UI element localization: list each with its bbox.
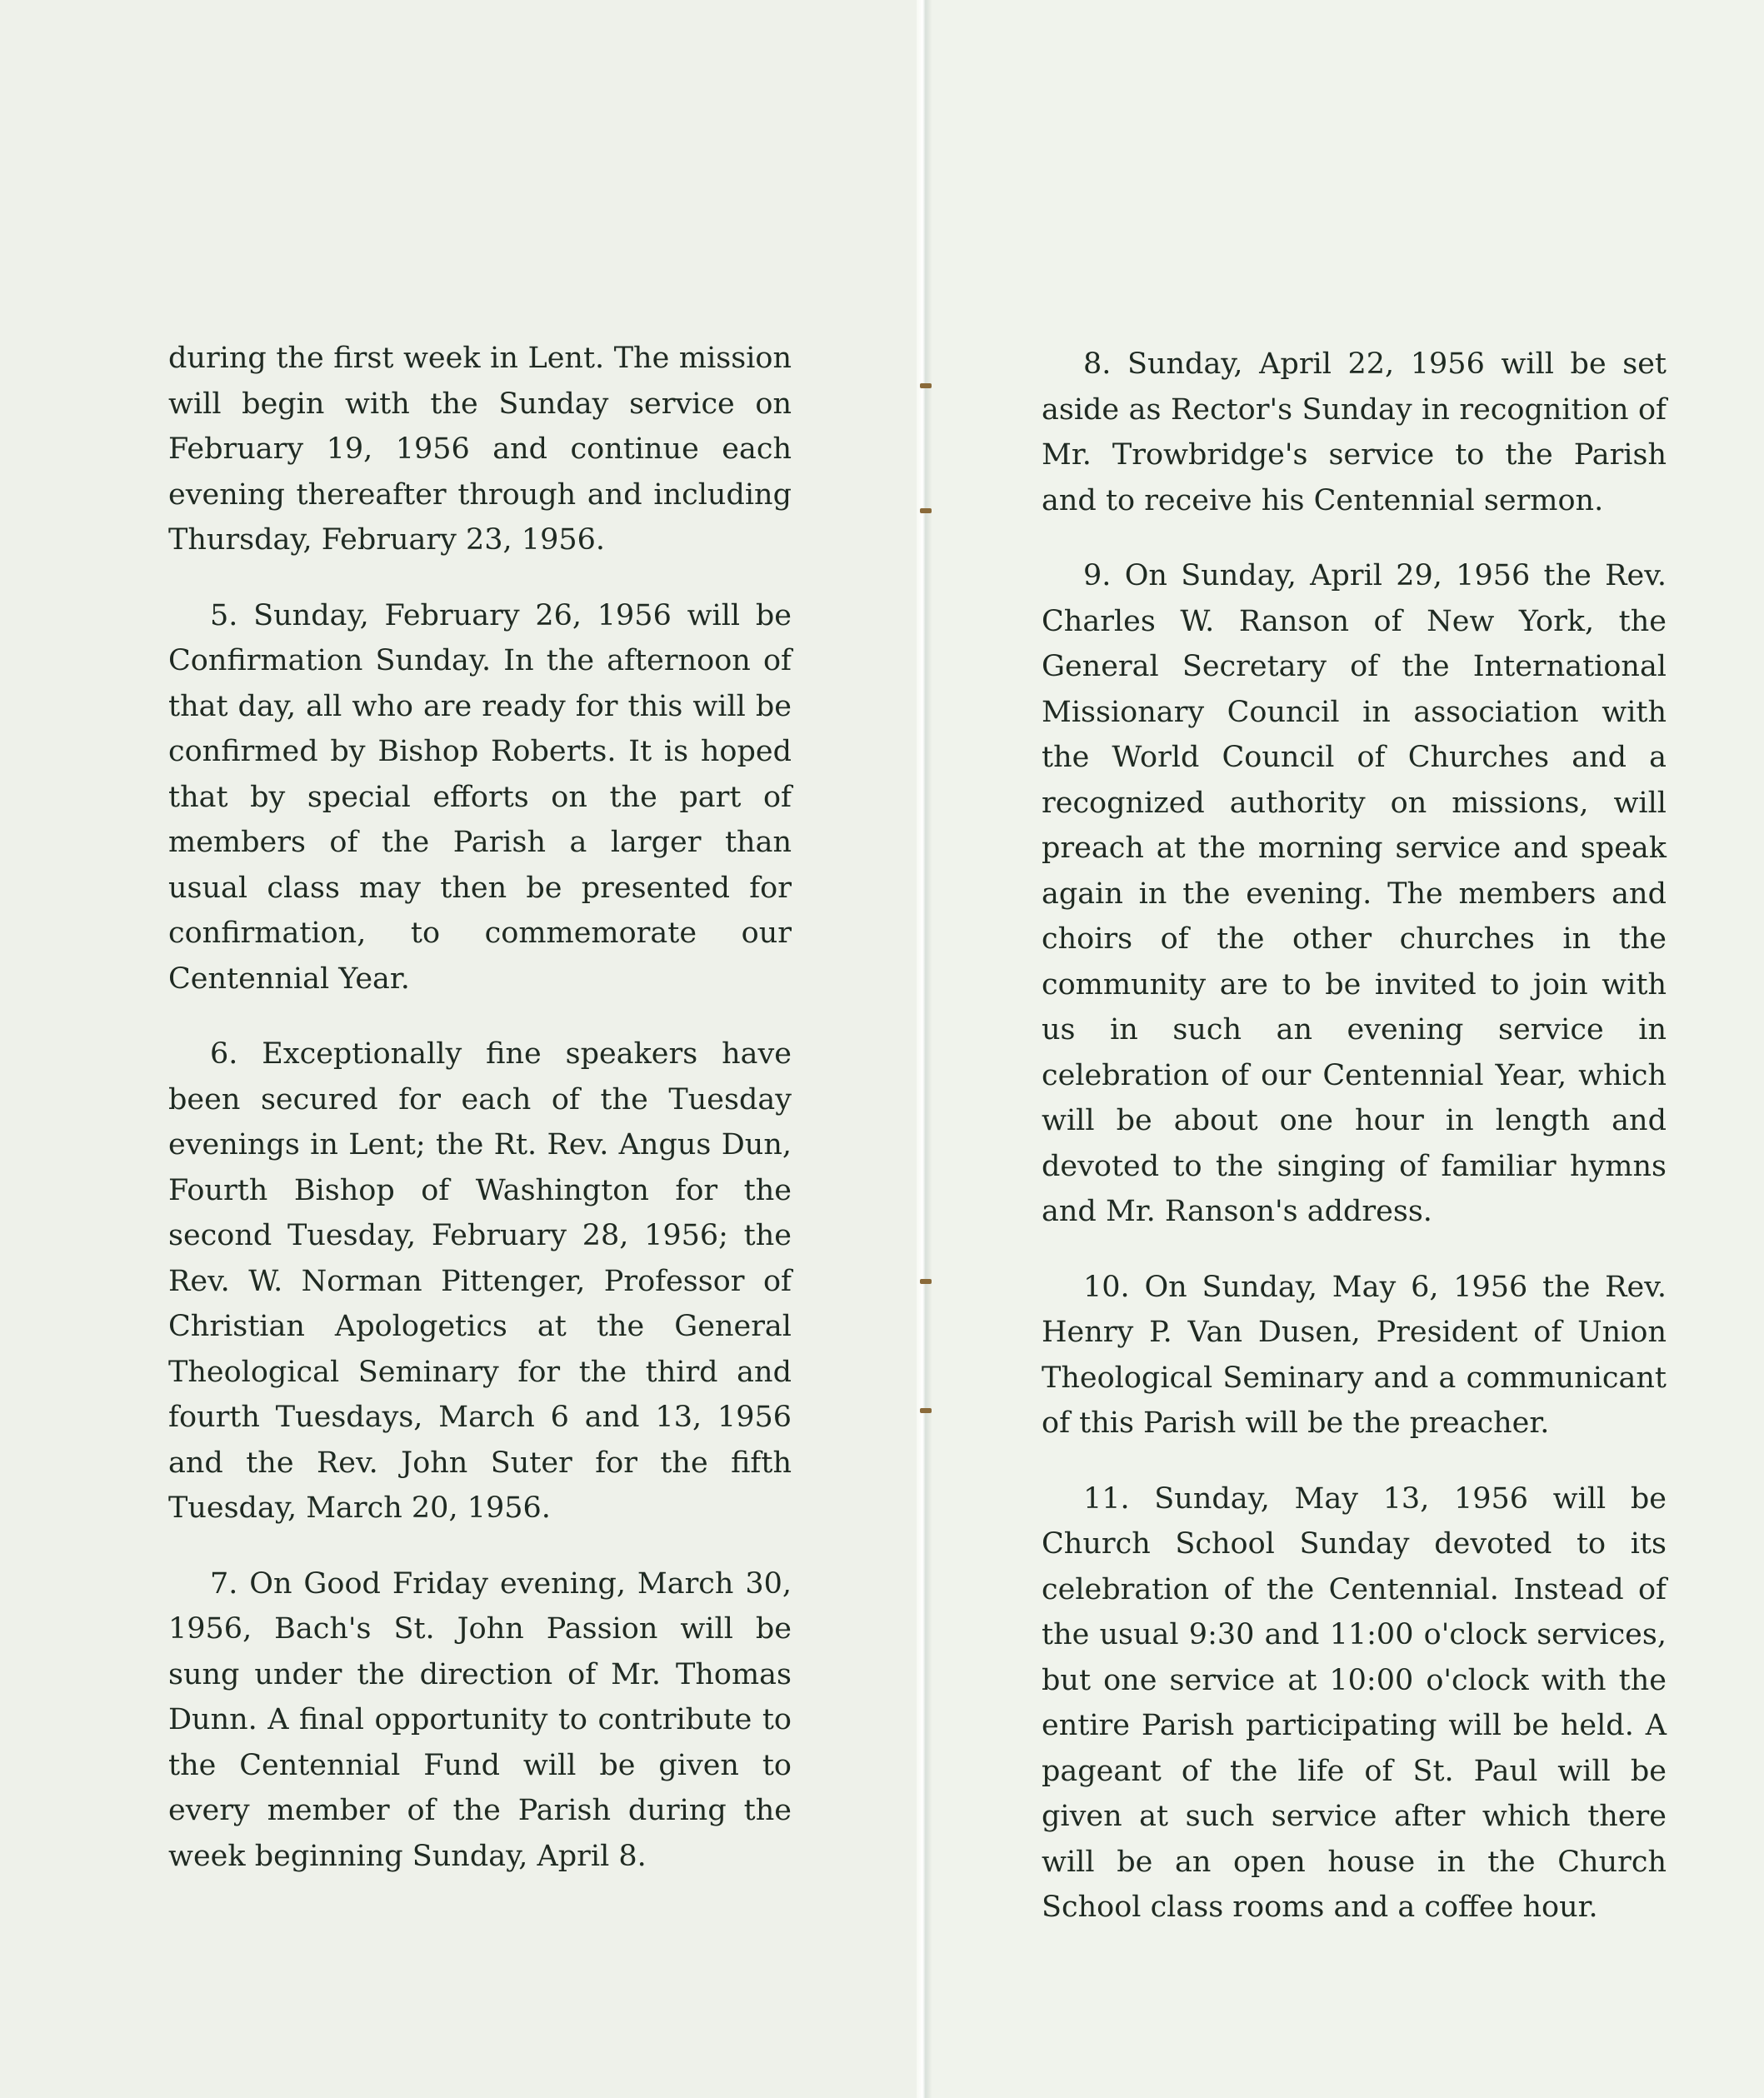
paragraph-continuation: during the first week in Lent. The missi…: [168, 336, 792, 563]
staple-mark: [920, 383, 932, 388]
paragraph-item-7: 7. On Good Friday evening, March 30, 195…: [168, 1561, 792, 1880]
left-column: during the first week in Lent. The missi…: [168, 336, 792, 1909]
staple-mark: [920, 1408, 932, 1413]
center-fold: [917, 0, 932, 2098]
paragraph-item-11: 11. Sunday, May 13, 1956 will be Church …: [1042, 1476, 1667, 1931]
paragraph-item-10: 10. On Sunday, May 6, 1956 the Rev. Henr…: [1042, 1265, 1667, 1446]
staple-mark: [920, 508, 932, 513]
paragraph-item-5: 5. Sunday, February 26, 1956 will be Con…: [168, 593, 792, 1002]
staple-mark: [920, 1279, 932, 1284]
right-column: 8. Sunday, April 22, 1956 will be set as…: [1042, 342, 1667, 1961]
paragraph-item-8: 8. Sunday, April 22, 1956 will be set as…: [1042, 342, 1667, 523]
paragraph-item-9: 9. On Sunday, April 29, 1956 the Rev. Ch…: [1042, 553, 1667, 1235]
paragraph-item-6: 6. Exceptionally fine speakers have been…: [168, 1032, 792, 1531]
